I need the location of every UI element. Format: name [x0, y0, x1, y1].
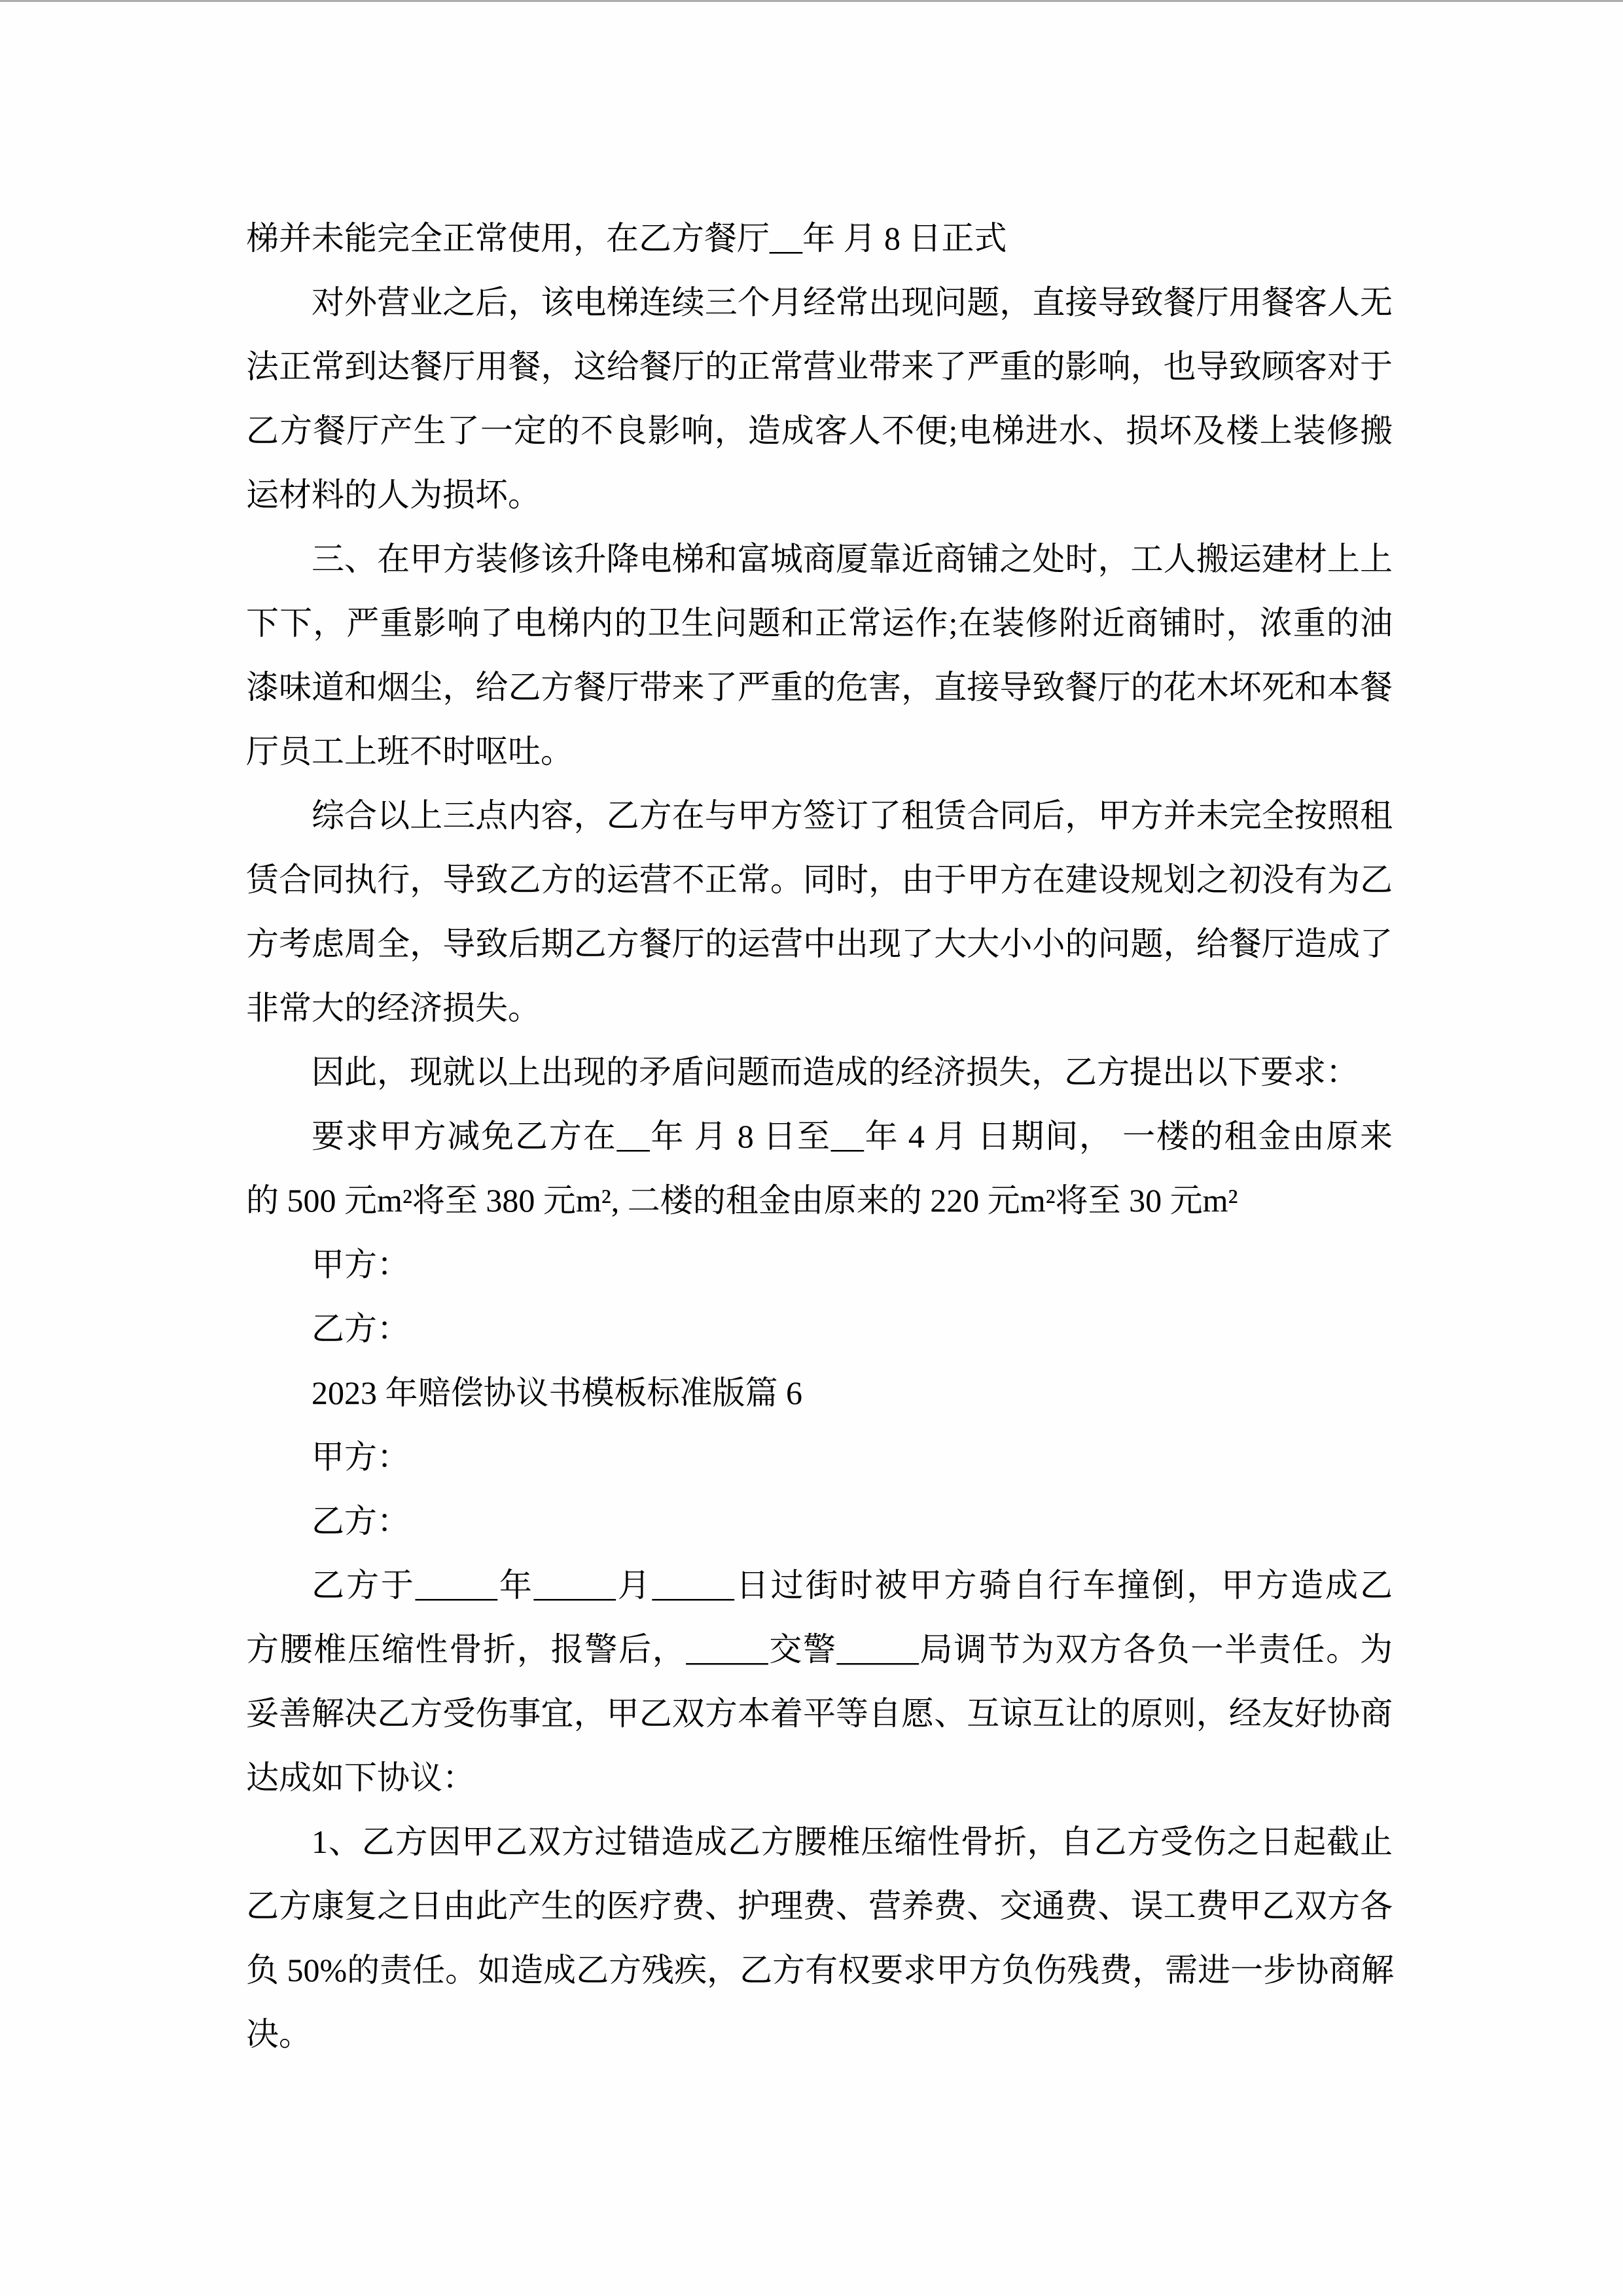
text-line: 综合以上三点内容，乙方在与甲方签订了租赁合同后，甲方并未完全按照租 — [246, 783, 1393, 848]
text-line: 方考虑周全，导致后期乙方餐厅的运营中出现了大大小小的问题，给餐厅造成了 — [246, 912, 1393, 976]
text-line: 漆味道和烟尘，给乙方餐厅带来了严重的危害，直接导致餐厅的花木坏死和本餐 — [246, 655, 1393, 719]
text-line: 1、乙方因甲乙双方过错造成乙方腰椎压缩性骨折，自乙方受伤之日起截止 — [246, 1810, 1393, 1874]
text-line: 乙方康复之日由此产生的医疗费、护理费、营养费、交通费、误工费甲乙双方各 — [246, 1874, 1393, 1938]
text-line: 赁合同执行，导致乙方的运营不正常。同时，由于甲方在建设规划之初没有为乙 — [246, 848, 1393, 912]
text-line: 对外营业之后，该电梯连续三个月经常出现问题，直接导致餐厅用餐客人无 — [246, 270, 1393, 334]
text-line: 乙方： — [246, 1489, 1393, 1553]
text-line: 梯并未能完全正常使用，在乙方餐厅__年 月 8 日正式 — [246, 206, 1393, 270]
text-line: 要求甲方减免乙方在__年 月 8 日至__年 4 月 日期间， 一楼的租金由原来 — [246, 1104, 1393, 1168]
text-line: 非常大的经济损失。 — [246, 976, 1393, 1040]
text-line: 运材料的人为损坏。 — [246, 463, 1393, 527]
text-line: 负 50%的责任。如造成乙方残疾，乙方有权要求甲方负伤残费，需进一步协商解 — [246, 1938, 1393, 2002]
text-line: 乙方于_____年_____月_____日过街时被甲方骑自行车撞倒，甲方造成乙 — [246, 1553, 1393, 1617]
text-line: 2023 年赔偿协议书模板标准版篇 6 — [246, 1361, 1393, 1425]
text-line: 法正常到达餐厅用餐，这给餐厅的正常营业带来了严重的影响，也导致顾客对于 — [246, 334, 1393, 399]
text-line: 的 500 元m²将至 380 元m², 二楼的租金由原来的 220 元m²将至… — [246, 1168, 1393, 1232]
document-page: 梯并未能完全正常使用，在乙方餐厅__年 月 8 日正式对外营业之后，该电梯连续三… — [0, 0, 1623, 2296]
text-line: 达成如下协议： — [246, 1746, 1393, 1810]
text-line: 决。 — [246, 2002, 1393, 2066]
document-body: 梯并未能完全正常使用，在乙方餐厅__年 月 8 日正式对外营业之后，该电梯连续三… — [246, 206, 1393, 2066]
text-line: 乙方餐厅产生了一定的不良影响，造成客人不便;电梯进水、损坏及楼上装修搬 — [246, 399, 1393, 463]
text-line: 下下，严重影响了电梯内的卫生问题和正常运作;在装修附近商铺时，浓重的油 — [246, 591, 1393, 655]
text-line: 甲方： — [246, 1232, 1393, 1297]
text-line: 甲方： — [246, 1425, 1393, 1489]
text-line: 乙方： — [246, 1297, 1393, 1361]
text-line: 方腰椎压缩性骨折，报警后，_____交警_____局调节为双方各负一半责任。为 — [246, 1617, 1393, 1681]
text-line: 因此，现就以上出现的矛盾问题而造成的经济损失，乙方提出以下要求： — [246, 1040, 1393, 1104]
text-line: 三、在甲方装修该升降电梯和富城商厦靠近商铺之处时，工人搬运建材上上 — [246, 527, 1393, 591]
text-line: 妥善解决乙方受伤事宜，甲乙双方本着平等自愿、互谅互让的原则，经友好协商 — [246, 1681, 1393, 1746]
text-line: 厅员工上班不时呕吐。 — [246, 719, 1393, 783]
